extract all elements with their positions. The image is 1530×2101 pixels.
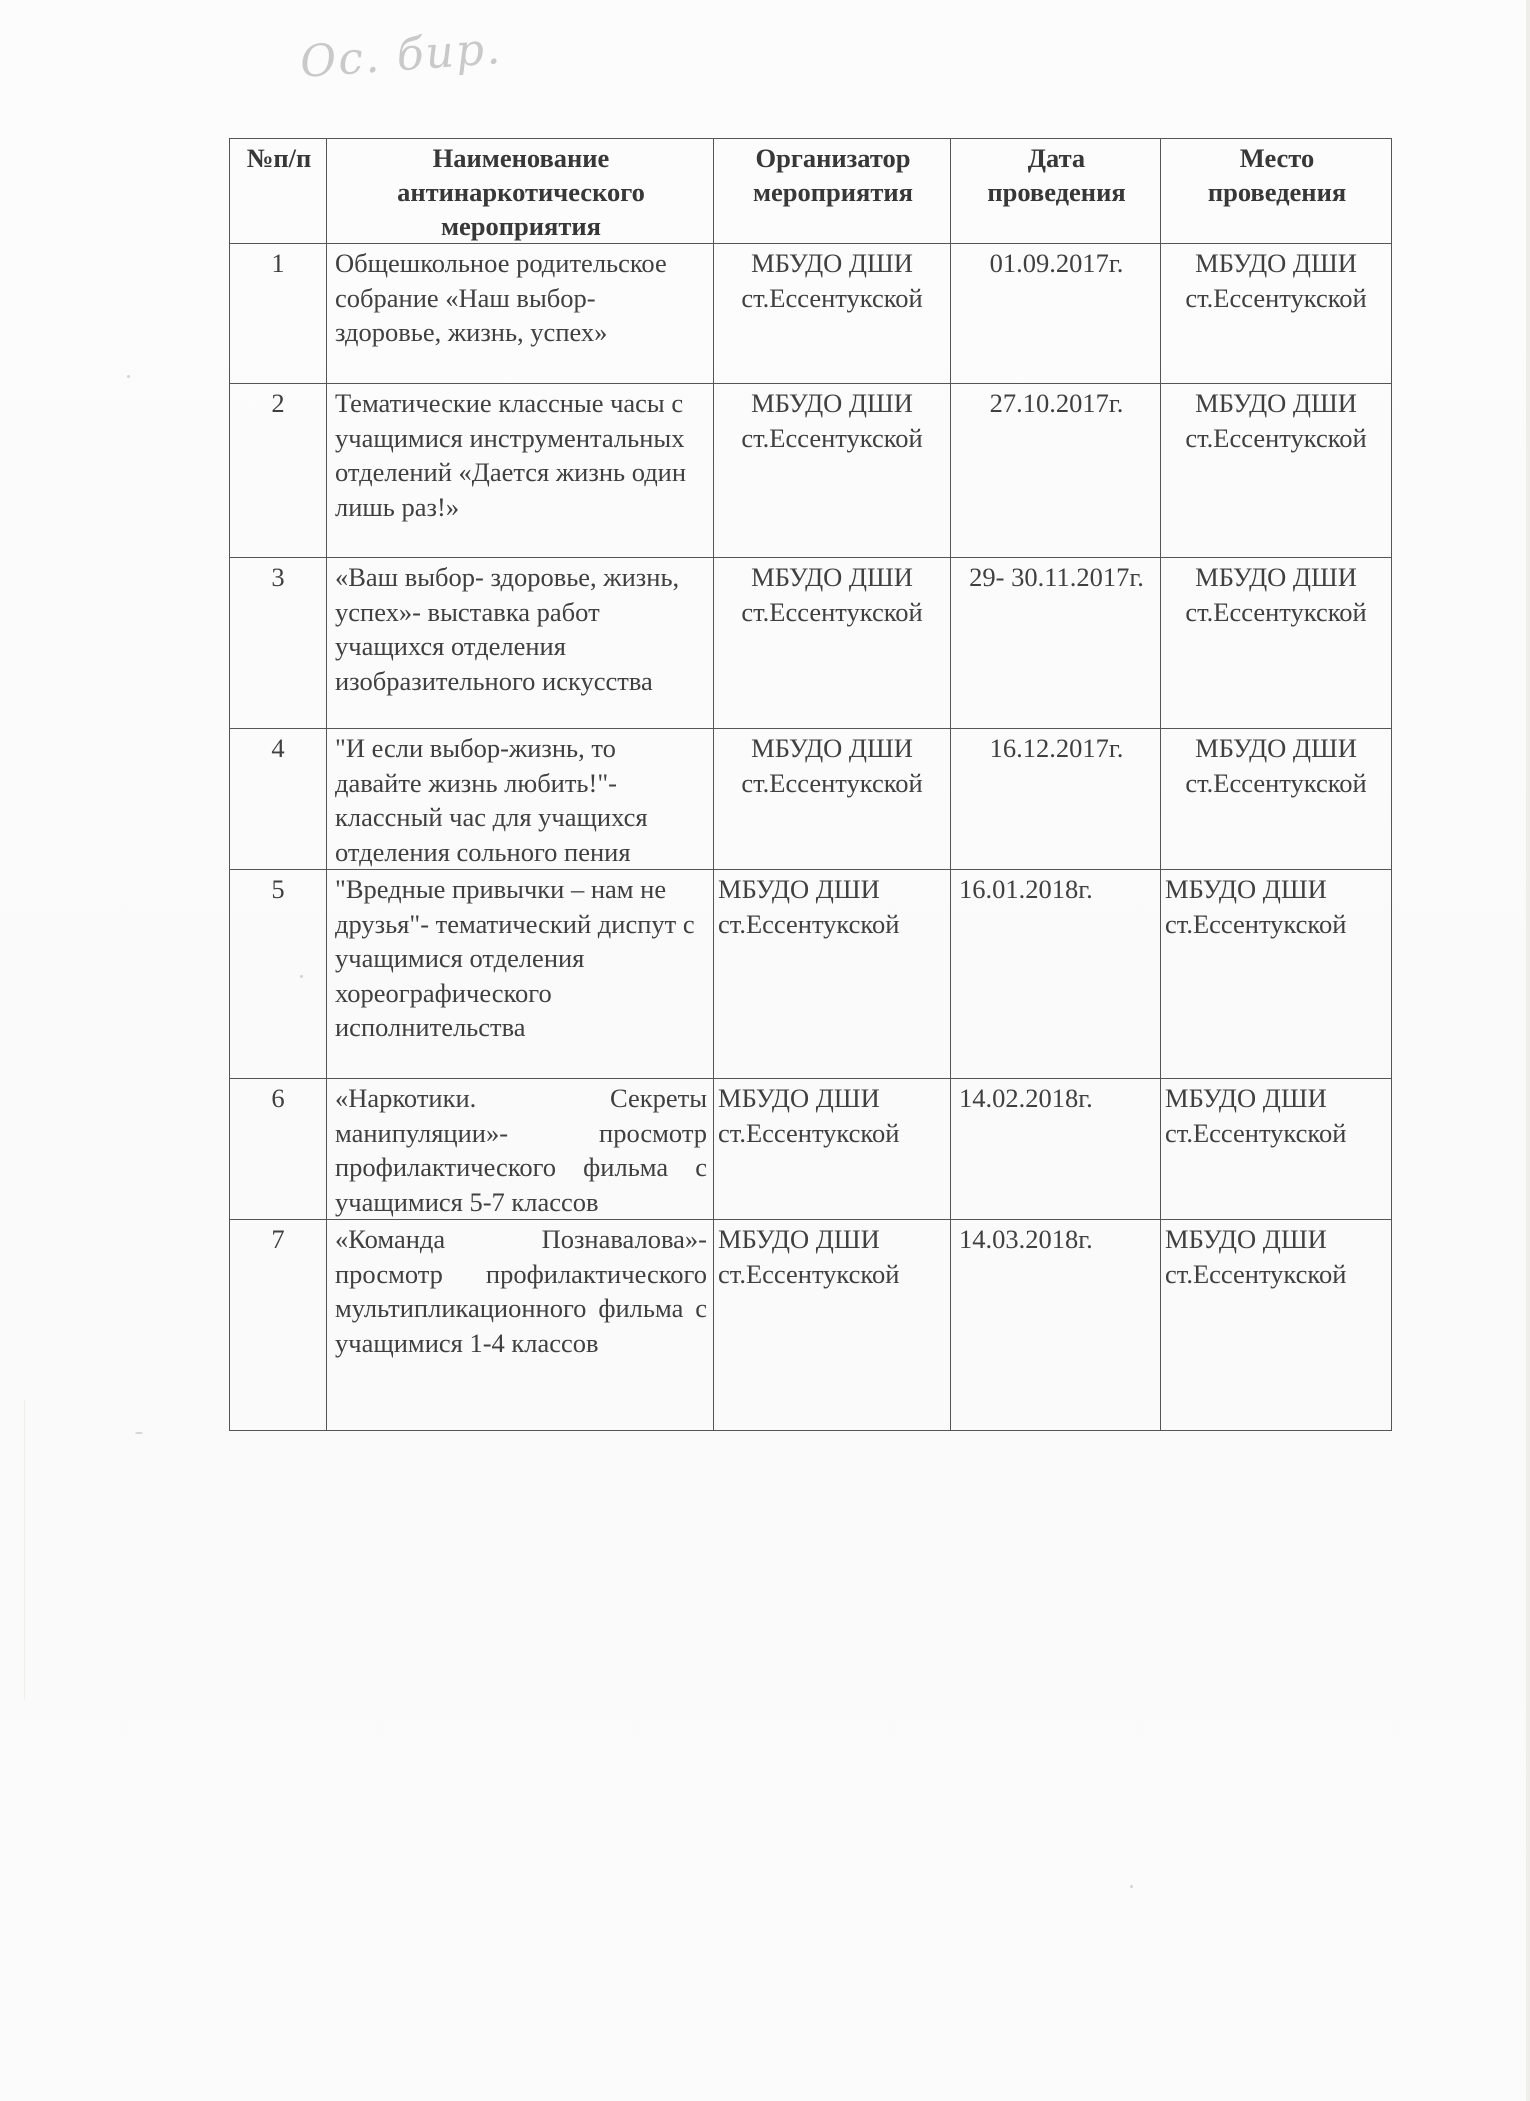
row-number: 4 bbox=[230, 729, 327, 870]
place-line: МБУДО ДШИ bbox=[1165, 1081, 1387, 1116]
place-line: ст.Ессентукской bbox=[1165, 595, 1387, 630]
place-line: ст.Ессентукской bbox=[1165, 1116, 1387, 1151]
header-event-name: Наименование антинаркотического мероприя… bbox=[327, 139, 714, 244]
organizer-line: МБУДО ДШИ bbox=[718, 386, 946, 421]
table-row: 5"Вредные привычки – нам не друзья"- тем… bbox=[230, 870, 1392, 1079]
table-body: 1Общешкольное родительское собрание «Наш… bbox=[230, 244, 1392, 1431]
scan-speck bbox=[127, 375, 130, 378]
event-organizer: МБУДО ДШИст.Ессентукской bbox=[714, 558, 951, 729]
event-place: МБУДО ДШИст.Ессентукской bbox=[1161, 729, 1392, 870]
organizer-line: ст.Ессентукской bbox=[718, 421, 946, 456]
place-line: ст.Ессентукской bbox=[1165, 766, 1387, 801]
event-name: Тематические классные часы с учащимися и… bbox=[327, 384, 714, 558]
event-name: «Команда Познавалова»- просмотр профилак… bbox=[327, 1220, 714, 1431]
row-number: 6 bbox=[230, 1079, 327, 1220]
place-line: МБУДО ДШИ bbox=[1165, 246, 1387, 281]
organizer-line: ст.Ессентукской bbox=[718, 766, 946, 801]
scanned-page: Ос. бир. №п/п Наименование антинаркотиче… bbox=[0, 0, 1530, 2101]
event-organizer: МБУДО ДШИст.Ессентукской bbox=[714, 244, 951, 384]
event-place: МБУДО ДШИст.Ессентукской bbox=[1161, 244, 1392, 384]
handwritten-annotation: Ос. бир. bbox=[298, 23, 503, 88]
organizer-line: МБУДО ДШИ bbox=[718, 246, 946, 281]
organizer-line: МБУДО ДШИ bbox=[718, 1222, 946, 1257]
event-name: "Вредные привычки – нам не друзья"- тема… bbox=[327, 870, 714, 1079]
event-date: 29- 30.11.2017г. bbox=[951, 558, 1161, 729]
place-line: МБУДО ДШИ bbox=[1165, 1222, 1387, 1257]
row-number: 2 bbox=[230, 384, 327, 558]
events-table: №п/п Наименование антинаркотического мер… bbox=[229, 138, 1392, 1431]
organizer-line: ст.Ессентукской bbox=[718, 1257, 946, 1292]
event-organizer: МБУДО ДШИст.Ессентукской bbox=[714, 1220, 951, 1431]
event-name: «Ваш выбор- здоровье, жизнь, успех»- выс… bbox=[327, 558, 714, 729]
organizer-line: МБУДО ДШИ bbox=[718, 1081, 946, 1116]
event-name: «Наркотики. Секреты манипуляции»- просмо… bbox=[327, 1079, 714, 1220]
row-number: 7 bbox=[230, 1220, 327, 1431]
event-date: 27.10.2017г. bbox=[951, 384, 1161, 558]
header-number: №п/п bbox=[230, 139, 327, 244]
organizer-line: ст.Ессентукской bbox=[718, 1116, 946, 1151]
place-line: МБУДО ДШИ bbox=[1165, 386, 1387, 421]
scan-speck bbox=[1130, 1885, 1133, 1888]
scan-edge bbox=[1526, 0, 1530, 2101]
event-date: 01.09.2017г. bbox=[951, 244, 1161, 384]
table-row: 6«Наркотики. Секреты манипуляции»- просм… bbox=[230, 1079, 1392, 1220]
scan-speck bbox=[135, 1432, 143, 1434]
organizer-line: МБУДО ДШИ bbox=[718, 731, 946, 766]
event-date: 14.02.2018г. bbox=[951, 1079, 1161, 1220]
event-place: МБУДО ДШИст.Ессентукской bbox=[1161, 384, 1392, 558]
event-place: МБУДО ДШИст.Ессентукской bbox=[1161, 1079, 1392, 1220]
scan-edge bbox=[24, 1400, 25, 1700]
table-row: 7«Команда Познавалова»- просмотр профила… bbox=[230, 1220, 1392, 1431]
event-name: "И если выбор-жизнь, то давайте жизнь лю… bbox=[327, 729, 714, 870]
organizer-line: МБУДО ДШИ bbox=[718, 872, 946, 907]
event-name: Общешкольное родительское собрание «Наш … bbox=[327, 244, 714, 384]
place-line: ст.Ессентукской bbox=[1165, 421, 1387, 456]
place-line: МБУДО ДШИ bbox=[1165, 731, 1387, 766]
event-date: 14.03.2018г. bbox=[951, 1220, 1161, 1431]
table-row: 4"И если выбор-жизнь, то давайте жизнь л… bbox=[230, 729, 1392, 870]
row-number: 3 bbox=[230, 558, 327, 729]
table-row: 2Тематические классные часы с учащимися … bbox=[230, 384, 1392, 558]
place-line: МБУДО ДШИ bbox=[1165, 872, 1387, 907]
header-place: Место проведения bbox=[1161, 139, 1392, 244]
header-organizer: Организатор мероприятия bbox=[714, 139, 951, 244]
event-place: МБУДО ДШИст.Ессентукской bbox=[1161, 558, 1392, 729]
event-date: 16.12.2017г. bbox=[951, 729, 1161, 870]
event-organizer: МБУДО ДШИст.Ессентукской bbox=[714, 384, 951, 558]
place-line: ст.Ессентукской bbox=[1165, 907, 1387, 942]
table-header-row: №п/п Наименование антинаркотического мер… bbox=[230, 139, 1392, 244]
event-organizer: МБУДО ДШИст.Ессентукской bbox=[714, 729, 951, 870]
header-date: Дата проведения bbox=[951, 139, 1161, 244]
row-number: 1 bbox=[230, 244, 327, 384]
table-row: 3«Ваш выбор- здоровье, жизнь, успех»- вы… bbox=[230, 558, 1392, 729]
event-date: 16.01.2018г. bbox=[951, 870, 1161, 1079]
organizer-line: МБУДО ДШИ bbox=[718, 560, 946, 595]
organizer-line: ст.Ессентукской bbox=[718, 281, 946, 316]
event-place: МБУДО ДШИст.Ессентукской bbox=[1161, 1220, 1392, 1431]
organizer-line: ст.Ессентукской bbox=[718, 595, 946, 630]
table-row: 1Общешкольное родительское собрание «Наш… bbox=[230, 244, 1392, 384]
organizer-line: ст.Ессентукской bbox=[718, 907, 946, 942]
place-line: МБУДО ДШИ bbox=[1165, 560, 1387, 595]
event-organizer: МБУДО ДШИст.Ессентукской bbox=[714, 1079, 951, 1220]
place-line: ст.Ессентукской bbox=[1165, 281, 1387, 316]
scan-speck bbox=[300, 975, 303, 978]
event-organizer: МБУДО ДШИст.Ессентукской bbox=[714, 870, 951, 1079]
row-number: 5 bbox=[230, 870, 327, 1079]
place-line: ст.Ессентукской bbox=[1165, 1257, 1387, 1292]
event-place: МБУДО ДШИст.Ессентукской bbox=[1161, 870, 1392, 1079]
